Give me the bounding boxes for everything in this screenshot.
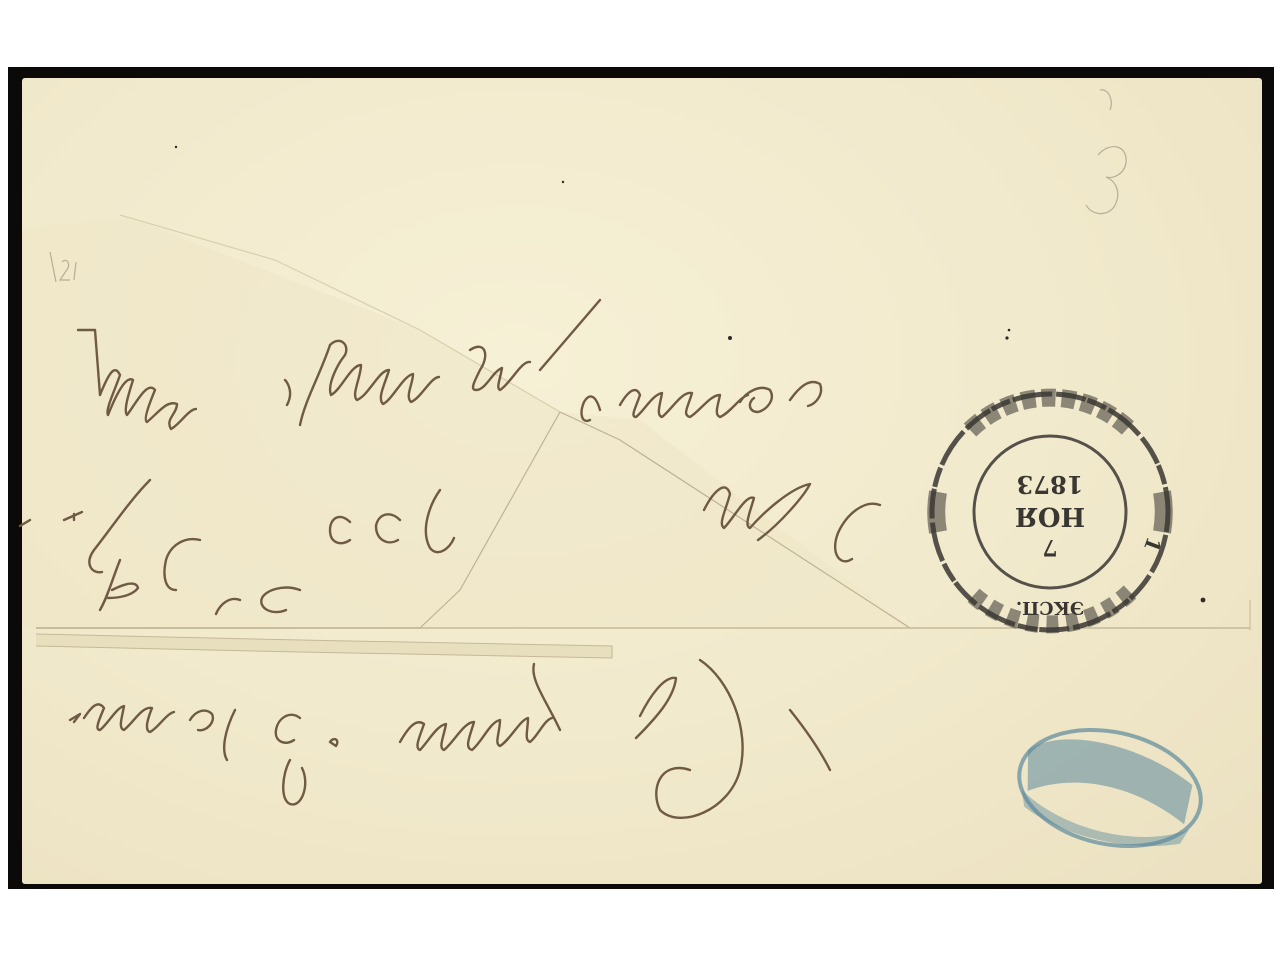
cover-artwork: 7 НОЯ 1873 ЭКСП. 1 xyxy=(0,0,1276,956)
postmark-day: 7 xyxy=(1042,534,1057,560)
postmark-bottom-label: ЭКСП. xyxy=(1016,597,1084,618)
postmark-side-number: 1 xyxy=(1139,534,1166,555)
postmark-year: 1873 xyxy=(1017,470,1084,499)
postmark-month: НОЯ xyxy=(1015,501,1085,531)
postmark-datestamp: 7 НОЯ 1873 ЭКСП. 1 xyxy=(932,394,1168,630)
blue-oval-stamp xyxy=(1008,714,1211,862)
